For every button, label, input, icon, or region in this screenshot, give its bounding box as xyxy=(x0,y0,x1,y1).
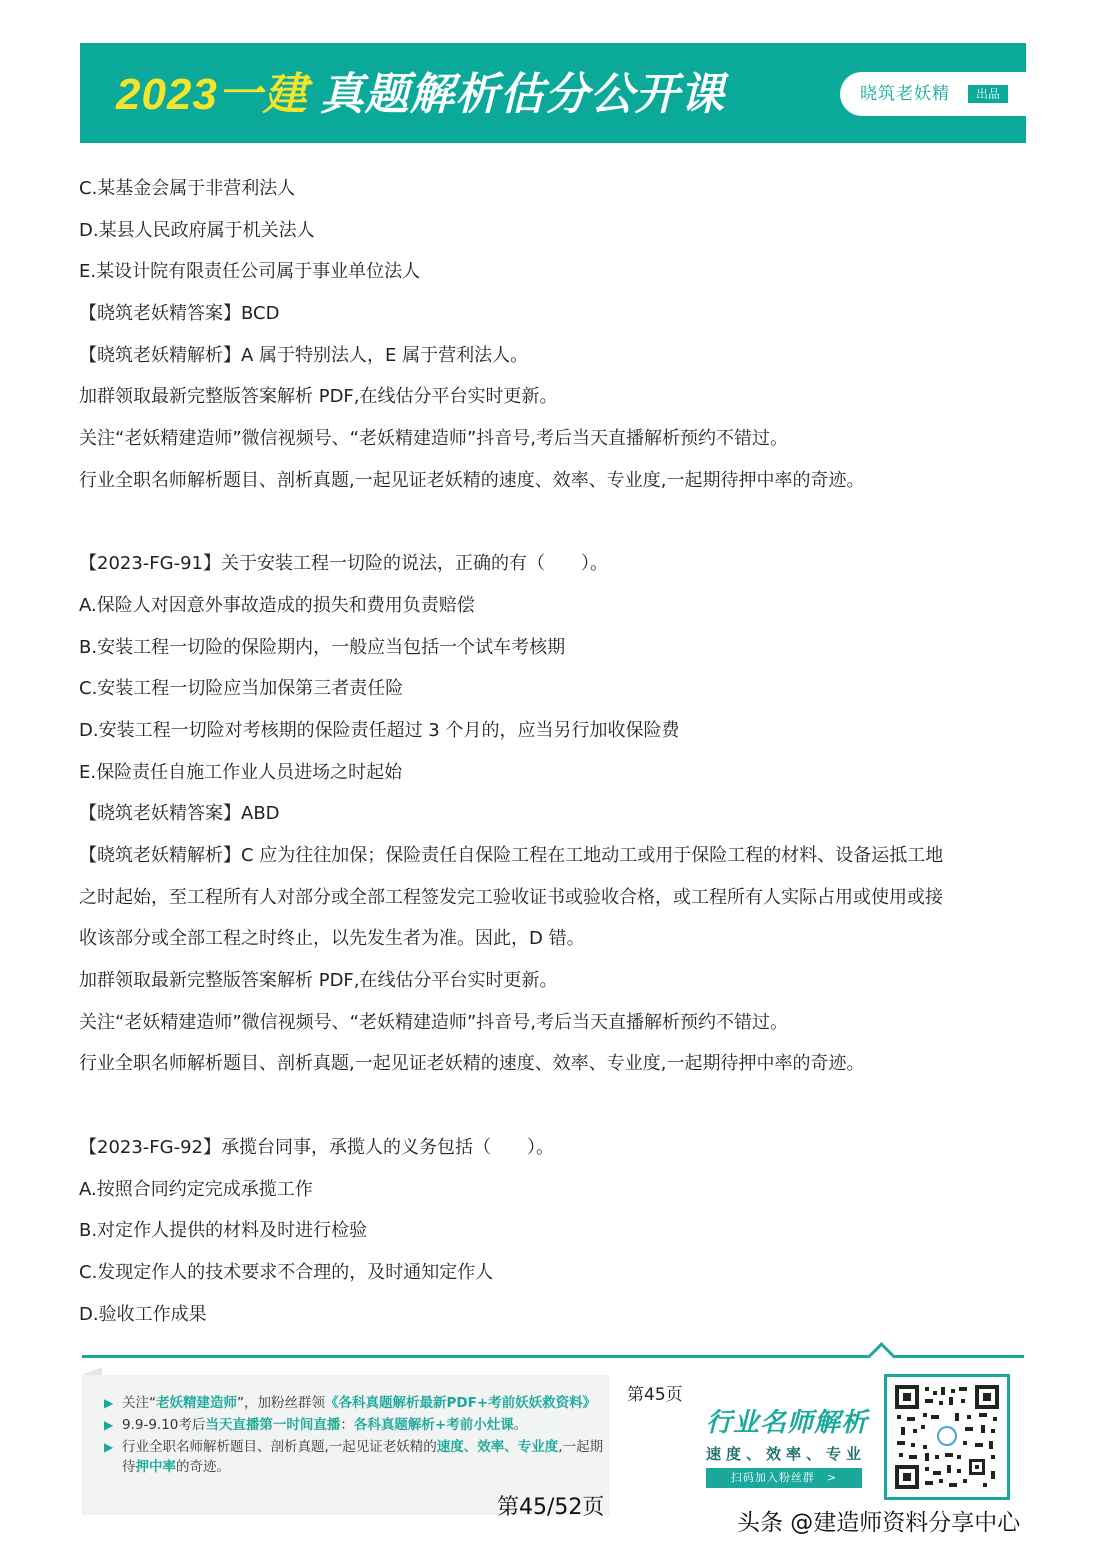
option-line: D.验收工作成果 xyxy=(79,1294,1039,1336)
analysis-line: 【晓筑老妖精解析】C 应为往往加保；保险责任自保险工程在工地动工或用于保险工程的… xyxy=(79,835,1039,877)
option-line: C.某基金会属于非营利法人 xyxy=(79,168,1039,210)
promo-line: 关注“老妖精建造师”微信视频号、“老妖精建造师”抖音号,考后当天直播解析预约不错… xyxy=(79,1002,1039,1044)
question-stem: 【2023-FG-91】关于安装工程一切险的说法，正确的有（ ）。 xyxy=(79,543,1039,585)
option-line: E.保险责任自施工作业人员进场之时起始 xyxy=(79,752,1039,794)
banner-course-title: 真题解析估分公开课 xyxy=(320,70,725,119)
footer-bullet: ▶关注“老妖精建造师”，加粉丝群领《各科真题解析最新PDF+考前妖妖救资料》 xyxy=(104,1393,604,1413)
triangle-bullet-icon: ▶ xyxy=(104,1437,113,1457)
page-number-small: 第45页 xyxy=(627,1380,683,1405)
brand-tag: 出品 xyxy=(968,85,1008,103)
highlight-text: 押中率 xyxy=(136,1459,177,1475)
footer-notch-decoration xyxy=(868,1342,895,1369)
promo-line: 行业全职名师解析题目、剖析真题,一起见证老妖精的速度、效率、专业度,一起期待押中… xyxy=(79,1043,1039,1085)
bullet-text: ： xyxy=(340,1417,354,1433)
bullet-text: 9.9-9.10考后 xyxy=(122,1417,205,1433)
brand-name: 晓筑老妖精 xyxy=(860,72,950,116)
option-line: E.某设计院有限责任公司属于事业单位法人 xyxy=(79,251,1039,293)
option-line: B.安装工程一切险的保险期内，一般应当包括一个试车考核期 xyxy=(79,627,1039,669)
document-body: C.某基金会属于非营利法人 D.某县人民政府属于机关法人 E.某设计院有限责任公… xyxy=(79,168,1039,1335)
answer-line: 【晓筑老妖精答案】BCD xyxy=(79,293,1039,335)
triangle-bullet-icon: ▶ xyxy=(104,1415,113,1435)
page-number: 第45/52页 xyxy=(497,1490,604,1521)
footer-box-corner xyxy=(82,1367,102,1375)
option-line: B.对定作人提供的材料及时进行检验 xyxy=(79,1210,1039,1252)
footer-bullet: ▶9.9-9.10考后当天直播第一时间直播：各科真题解析+考前小灶课。 xyxy=(104,1415,604,1435)
promo-subtitle: 速度、效率、专业 xyxy=(706,1443,862,1464)
option-line: A.保险人对因意外事故造成的损失和费用负责赔偿 xyxy=(79,585,1039,627)
question-stem: 【2023-FG-92】承揽台同事，承揽人的义务包括（ ）。 xyxy=(79,1127,1039,1169)
bullet-text: 行业全职名师解析题目、剖析真题,一起见证老妖精的 xyxy=(122,1439,437,1455)
promo-line: 关注“老妖精建造师”微信视频号、“老妖精建造师”抖音号,考后当天直播解析预约不错… xyxy=(79,418,1039,460)
brand-badge: 晓筑老妖精 出品 xyxy=(840,72,1026,116)
highlight-text: 《各科真题解析最新PDF+考前妖妖救资料》 xyxy=(325,1395,596,1411)
toutiao-watermark: 头条 @建造师资料分享中心 xyxy=(737,1504,1020,1537)
option-line: A.按照合同约定完成承揽工作 xyxy=(79,1169,1039,1211)
bullet-text: 的奇迹。 xyxy=(176,1459,230,1475)
qr-code-icon[interactable] xyxy=(884,1374,1010,1500)
highlight-text: 当天直播第一时间直播 xyxy=(205,1417,340,1433)
bullet-text: ”，加粉丝群领 xyxy=(237,1395,325,1411)
highlight-text: 老妖精建造师 xyxy=(156,1395,237,1411)
highlight-text: 速度、效率、专业度 xyxy=(437,1439,559,1455)
option-line: D.安装工程一切险对考核期的保险责任超过 3 个月的，应当另行加收保险费 xyxy=(79,710,1039,752)
option-line: C.安装工程一切险应当加保第三者责任险 xyxy=(79,668,1039,710)
banner-year: 2023一建 xyxy=(116,70,308,119)
promo-line: 加群领取最新完整版答案解析 PDF,在线估分平台实时更新。 xyxy=(79,376,1039,418)
spacer xyxy=(79,502,1039,544)
footer-bullet-list: ▶关注“老妖精建造师”，加粉丝群领《各科真题解析最新PDF+考前妖妖救资料》▶9… xyxy=(104,1393,604,1479)
promo-line: 行业全职名师解析题目、剖析真题,一起见证老妖精的速度、效率、专业度,一起期待押中… xyxy=(79,460,1039,502)
promo-line: 加群领取最新完整版答案解析 PDF,在线估分平台实时更新。 xyxy=(79,960,1039,1002)
header-banner: 2023一建真题解析估分公开课 晓筑老妖精 出品 xyxy=(80,43,1026,143)
option-line: D.某县人民政府属于机关法人 xyxy=(79,210,1039,252)
analysis-line: 收该部分或全部工程之时终止，以先发生者为准。因此，D 错。 xyxy=(79,918,1039,960)
triangle-bullet-icon: ▶ xyxy=(104,1393,113,1413)
qr-code-pattern xyxy=(895,1385,999,1489)
option-line: C.发现定作人的技术要求不合理的，及时通知定作人 xyxy=(79,1252,1039,1294)
join-fan-group-button[interactable]: 扫码加入粉丝群 > xyxy=(706,1468,862,1488)
banner-title: 2023一建真题解析估分公开课 xyxy=(116,65,725,125)
analysis-line: 之时起始，至工程所有人对部分或全部工程签发完工验收证书或验收合格，或工程所有人实… xyxy=(79,877,1039,919)
highlight-text: 各科真题解析+考前小灶课 xyxy=(354,1417,514,1433)
bullet-text: 关注“ xyxy=(122,1395,156,1411)
footer-bullet: ▶行业全职名师解析题目、剖析真题,一起见证老妖精的速度、效率、专业度,一起期待押… xyxy=(104,1437,604,1477)
answer-line: 【晓筑老妖精答案】ABD xyxy=(79,793,1039,835)
fan-group-promo: 行业名师解析 速度、效率、专业 扫码加入粉丝群 > xyxy=(706,1402,862,1488)
analysis-line: 【晓筑老妖精解析】A 属于特别法人，E 属于营利法人。 xyxy=(79,335,1039,377)
spacer xyxy=(79,1085,1039,1127)
promo-title: 行业名师解析 xyxy=(706,1402,862,1439)
bullet-text: 。 xyxy=(514,1417,528,1433)
